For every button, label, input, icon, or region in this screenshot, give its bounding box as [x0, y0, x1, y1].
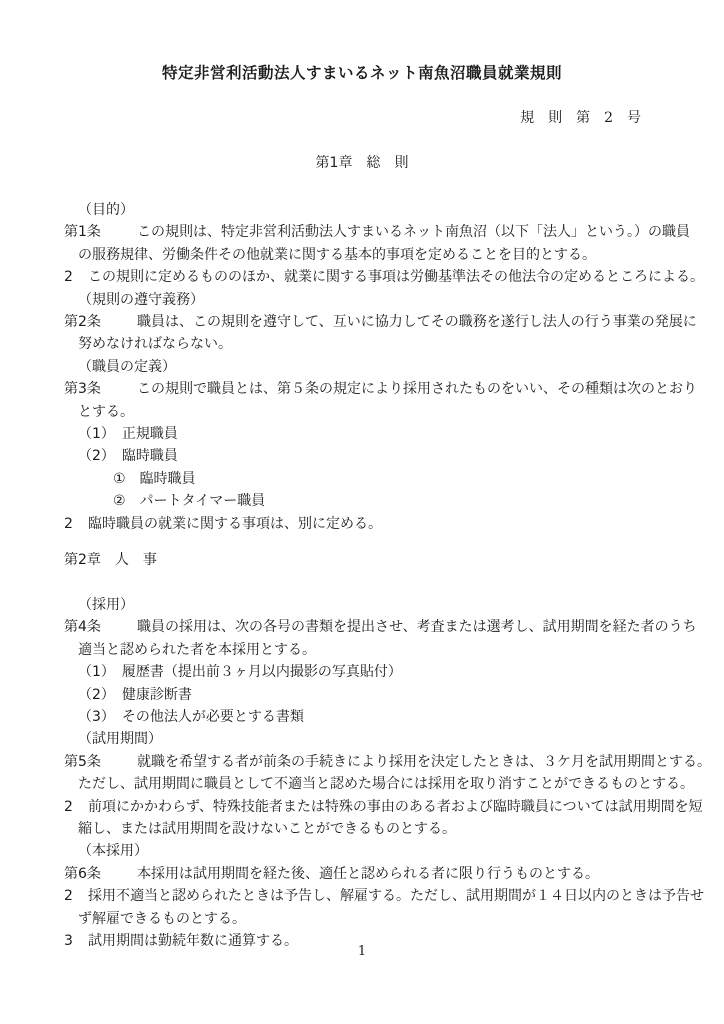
chapter-1-heading: 第1章 総 則	[0, 152, 724, 174]
document-title: 特定非営利活動法人すまいるネット南魚沼職員就業規則	[0, 62, 724, 84]
text-line: 第2条職員は、この規則を遵守して、互いに協力してその職務を遂行し法人の行う事業の…	[0, 311, 724, 333]
text-line: （2） 健康診断書	[0, 684, 724, 706]
text-line: （3） その他法人が必要とする書類	[0, 706, 724, 728]
text-line: （試用期間）	[0, 728, 724, 750]
text-line: （規則の遵守義務）	[0, 289, 724, 311]
text-line: （1） 履歴書（提出前３ヶ月以内撮影の写真貼付）	[0, 661, 724, 683]
line-number: 第3条	[64, 378, 137, 400]
text-line: 2臨時職員の就業に関する事項は、別に定める。	[0, 513, 724, 535]
line-number: 第1条	[64, 221, 137, 243]
text-line: （1） 正規職員	[0, 423, 724, 445]
line-text: この規則は、特定非営利活動法人すまいるネット南魚沼（以下「法人」という。）の職員	[137, 224, 690, 240]
text-line: 第6条本採用は試用期間を経た後、適任と認められる者に限り行うものとする。	[0, 863, 724, 885]
text-line: 適当と認められた者を本採用とする。	[0, 639, 724, 661]
text-line: ② パートタイマー職員	[0, 490, 724, 512]
line-number: 第6条	[64, 863, 137, 885]
text-line: （職員の定義）	[0, 356, 724, 378]
line-text: 採用不適当と認められたときは予告し、解雇する。ただし、試用期間が１４日以内のとき…	[88, 888, 704, 904]
text-line: （本採用）	[0, 840, 724, 862]
text-line: 2この規則に定めるもののほか、就業に関する事項は労働基準法その他法令の定めるとこ…	[0, 266, 724, 288]
text-line: 第4条職員の採用は、次の各号の書類を提出させ、考査または選考し、試用期間を経た者…	[0, 616, 724, 638]
text-line: 第3条この規則で職員とは、第５条の規定により採用されたものをいい、その種類は次の…	[0, 378, 724, 400]
text-line: 縮し、または試用期間を設けないことができるものとする。	[0, 818, 724, 840]
text-line: 第1条この規則は、特定非営利活動法人すまいるネット南魚沼（以下「法人」という。）…	[0, 221, 724, 243]
line-number: 2	[64, 513, 88, 535]
line-text: 職員は、この規則を遵守して、互いに協力してその職務を遂行し法人の行う事業の発展に	[137, 314, 697, 330]
line-text: 就職を希望する者が前条の手続きにより採用を決定したときは、３ケ月を試用期間とする…	[137, 754, 711, 770]
text-line: （2） 臨時職員	[0, 445, 724, 467]
line-number: 第4条	[64, 616, 137, 638]
text-line: ① 臨時職員	[0, 468, 724, 490]
chapter-2-body: （採用）第4条職員の採用は、次の各号の書類を提出させ、考査または選考し、試用期間…	[0, 594, 724, 953]
rule-number: 規 則 第 2 号	[0, 107, 724, 129]
text-line: ず解雇できるものとする。	[0, 908, 724, 930]
line-number: 2	[64, 796, 88, 818]
line-number: 2	[64, 266, 88, 288]
text-line: 第5条就職を希望する者が前条の手続きにより採用を決定したときは、３ケ月を試用期間…	[0, 751, 724, 773]
chapter-1-body: （目的）第1条この規則は、特定非営利活動法人すまいるネット南魚沼（以下「法人」と…	[0, 199, 724, 535]
text-line: 努めなければならない。	[0, 333, 724, 355]
line-text: この規則で職員とは、第５条の規定により採用されたものをいい、その種類は次のとおり	[137, 381, 697, 397]
text-line: ただし、試用期間に職員として不適当と認めた場合には採用を取り消すことができるもの…	[0, 773, 724, 795]
line-number: 第2条	[64, 311, 137, 333]
line-text: 職員の採用は、次の各号の書類を提出させ、考査または選考し、試用期間を経た者のうち	[137, 619, 697, 635]
chapter-2-heading: 第2章 人 事	[0, 549, 724, 571]
line-number: 第5条	[64, 751, 137, 773]
text-line: 2前項にかかわらず、特殊技能者または特殊の事由のある者および臨時職員については試…	[0, 796, 724, 818]
line-text: この規則に定めるもののほか、就業に関する事項は労働基準法その他法令の定めるところ…	[88, 269, 704, 285]
text-line: （採用）	[0, 594, 724, 616]
text-line: （目的）	[0, 199, 724, 221]
line-number: 2	[64, 885, 88, 907]
text-line: とする。	[0, 401, 724, 423]
text-line: の服務規律、労働条件その他就業に関する基本的事項を定めることを目的とする。	[0, 244, 724, 266]
text-line: 2採用不適当と認められたときは予告し、解雇する。ただし、試用期間が１４日以内のと…	[0, 885, 724, 907]
line-text: 臨時職員の就業に関する事項は、別に定める。	[88, 516, 382, 532]
line-text: 前項にかかわらず、特殊技能者または特殊の事由のある者および臨時職員については試用…	[88, 799, 703, 815]
page-number: 1	[0, 942, 724, 962]
document-page: 特定非営利活動法人すまいるネット南魚沼職員就業規則 規 則 第 2 号 第1章 …	[0, 0, 724, 1024]
line-text: 本採用は試用期間を経た後、適任と認められる者に限り行うものとする。	[137, 866, 599, 882]
